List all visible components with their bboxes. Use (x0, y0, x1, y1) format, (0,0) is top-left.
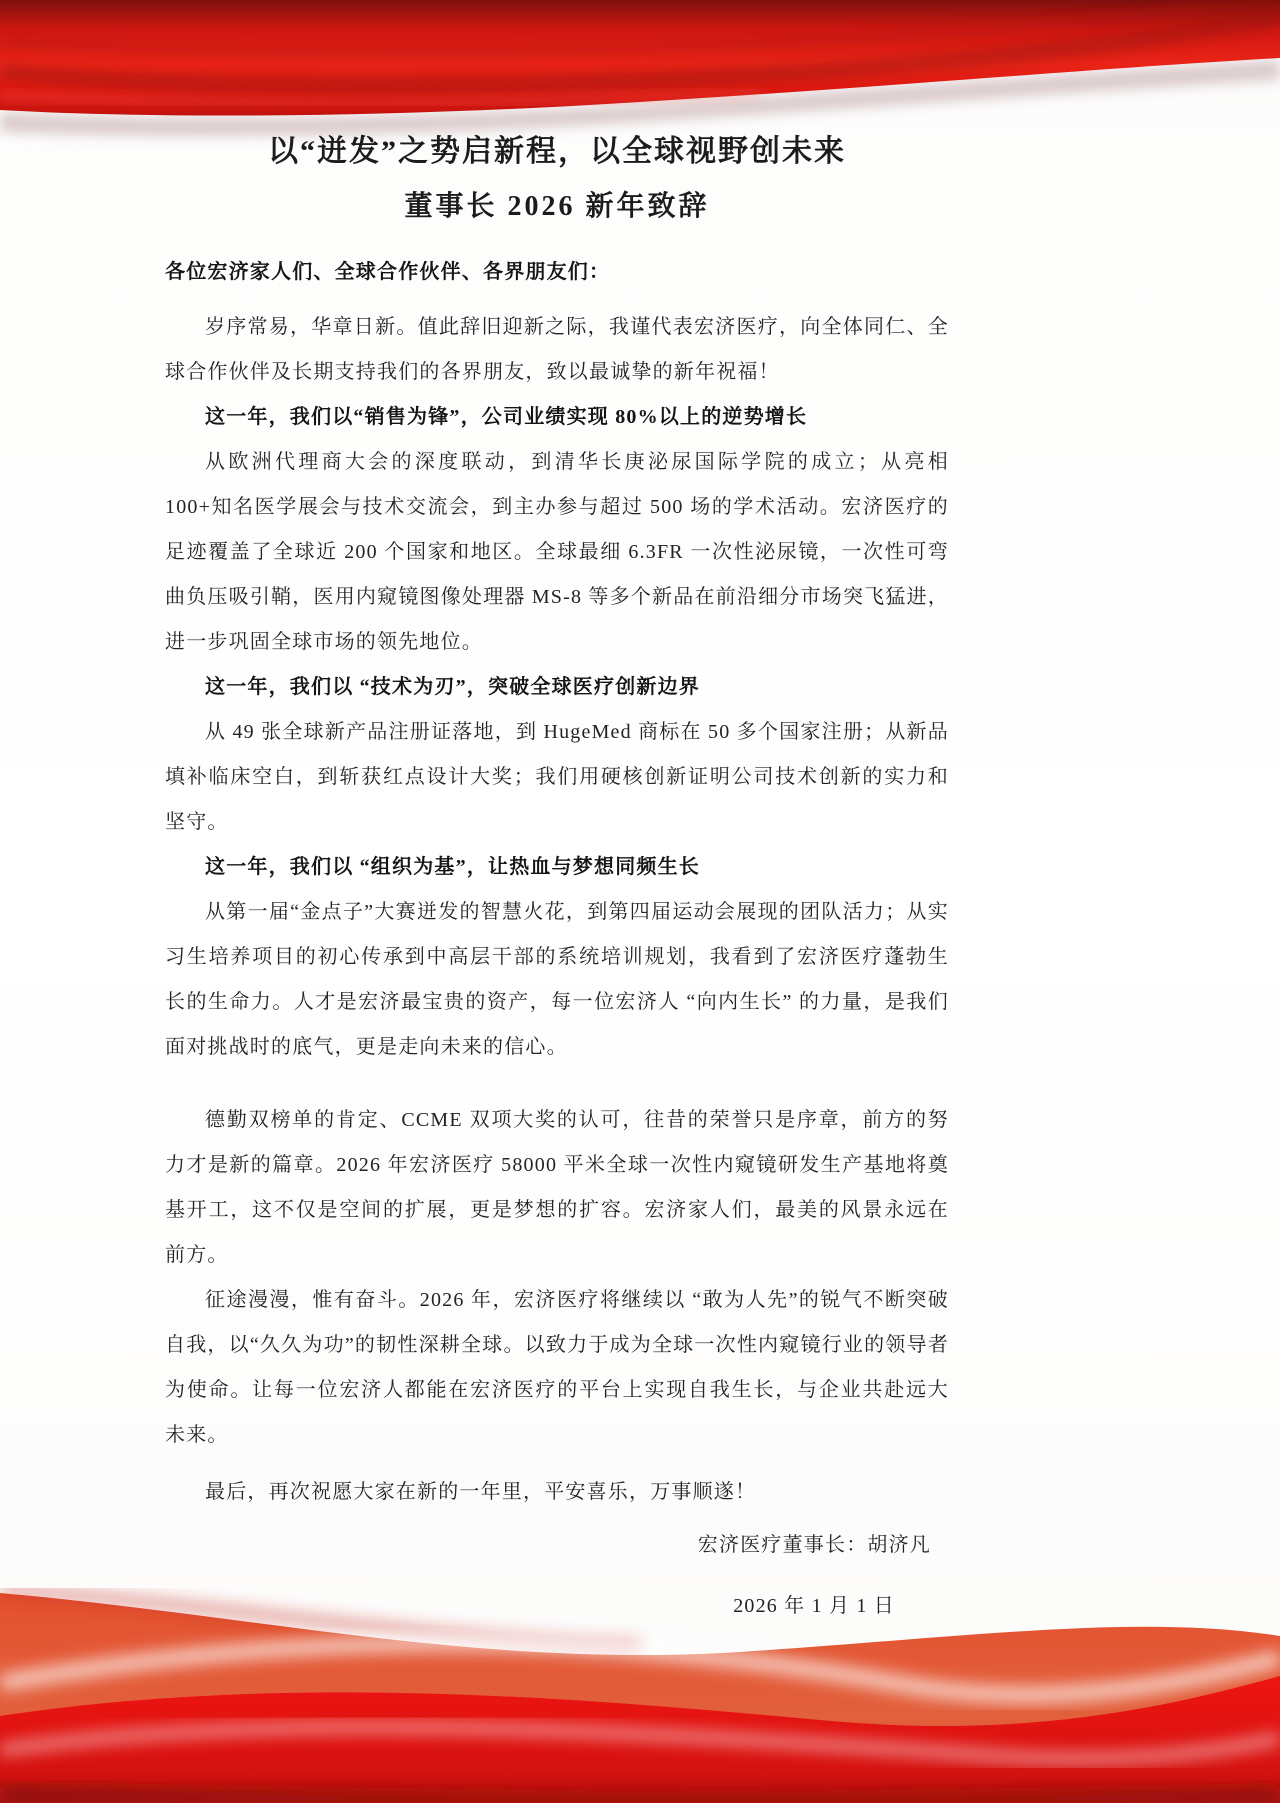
letter-page: 以“迸发”之势启新程，以全球视野创未来 董事长 2026 新年致辞 各位宏济家人… (0, 0, 1280, 1803)
paragraph-opening: 岁序常易，华章日新。值此辞旧迎新之际，我谨代表宏济医疗，向全体同仁、全球合作伙伴… (165, 305, 949, 395)
section-heading-sales: 这一年，我们以“销售为锋”，公司业绩实现 80%以上的逆势增长 (165, 395, 949, 440)
signature-line: 宏济医疗董事长：胡济凡 (165, 1523, 949, 1568)
paragraph-closing-wish: 最后，再次祝愿大家在新的一年里，平安喜乐，万事顺遂！ (165, 1470, 949, 1515)
section-heading-technology: 这一年，我们以 “技术为刃”，突破全球医疗创新边界 (165, 665, 949, 710)
letter-content: 以“迸发”之势启新程，以全球视野创未来 董事长 2026 新年致辞 各位宏济家人… (165, 126, 949, 1629)
page-title: 以“迸发”之势启新程，以全球视野创未来 (165, 126, 949, 170)
section-heading-organization: 这一年，我们以 “组织为基”，让热血与梦想同频生长 (165, 845, 949, 890)
paragraph-organization: 从第一届“金点子”大赛迸发的智慧火花，到第四届运动会展现的团队活力；从实习生培养… (165, 890, 949, 1070)
paragraph-technology: 从 49 张全球新产品注册证落地，到 HugeMed 商标在 50 多个国家注册… (165, 710, 949, 845)
salutation: 各位宏济家人们、全球合作伙伴、各界朋友们： (165, 250, 949, 295)
paragraph-honors: 德勤双榜单的肯定、CCME 双项大奖的认可，往昔的荣誉只是序章，前方的努力才是新… (165, 1098, 949, 1278)
date-line: 2026 年 1 月 1 日 (165, 1584, 949, 1629)
page-subtitle: 董事长 2026 新年致辞 (165, 184, 949, 224)
paragraph-sales: 从欧洲代理商大会的深度联动，到清华长庚泌尿国际学院的成立；从亮相 100+知名医… (165, 440, 949, 665)
paragraph-outlook: 征途漫漫，惟有奋斗。2026 年，宏济医疗将继续以 “敢为人先”的锐气不断突破自… (165, 1278, 949, 1458)
